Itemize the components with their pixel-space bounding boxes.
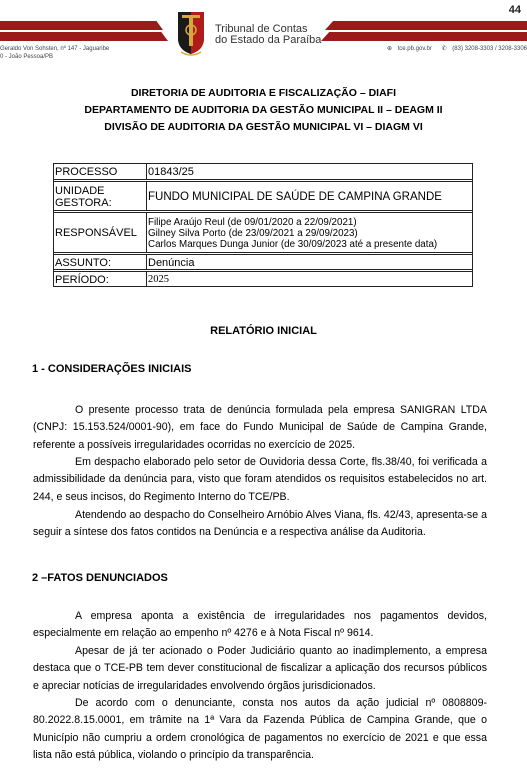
paragraph: A empresa aponta a existência de irregul… <box>33 608 487 643</box>
table-row-processo: PROCESSO 01843/25 <box>54 164 472 179</box>
table-row-responsavel: RESPONSÁVEL Filipe Araújo Reul (de 09/01… <box>54 210 472 252</box>
org-heading-diagm: DIVISÃO DE AUDITORIA DA GESTÃO MUNICIPAL… <box>0 119 527 136</box>
periodo-value: 2025 <box>147 272 472 286</box>
org-heading-diafi: DIRETORIA DE AUDITORIA E FISCALIZAÇÃO – … <box>0 85 527 102</box>
paragraph-text: Em despacho elaborado pelo setor de Ouvi… <box>33 456 487 503</box>
brand-name: Tribunal de Contas do Estado da Paraíba <box>215 24 321 46</box>
unidade-value: FUNDO MUNICIPAL DE SAÚDE DE CAMPINA GRAN… <box>147 182 472 210</box>
table-row-periodo: PERÍODO: 2025 <box>54 269 472 286</box>
responsavel-item: Gilney Silva Porto (de 23/09/2021 a 29/0… <box>148 228 470 239</box>
table-row-unidade: UNIDADE GESTORA: FUNDO MUNICIPAL DE SAÚD… <box>54 179 472 210</box>
brand-line: do Estado da Paraíba <box>215 35 321 46</box>
address-line: Geraldo Von Sohsten, nº 147 - Jaguaribe <box>0 45 109 53</box>
assunto-value: Denúncia <box>147 255 472 269</box>
paragraph-text: De acordo com o denunciante, consta nos … <box>33 697 487 761</box>
org-headings: DIRETORIA DE AUDITORIA E FISCALIZAÇÃO – … <box>0 85 527 136</box>
phone-number: (83) 3208-3303 / 3208-3306 <box>452 46 527 52</box>
responsavel-item: Filipe Araújo Reul (de 09/01/2020 a 22/0… <box>148 217 470 228</box>
paragraph: O presente processo trata de denúncia fo… <box>33 402 487 454</box>
globe-icon: ⊕ <box>387 46 392 52</box>
unidade-label-line: UNIDADE <box>55 185 105 197</box>
page-number: 44 <box>509 4 521 16</box>
header-band <box>321 32 527 41</box>
paragraph: Apesar de já ter acionado o Poder Judici… <box>33 643 487 695</box>
responsavel-list: Filipe Araújo Reul (de 09/01/2020 a 22/0… <box>147 213 472 252</box>
paragraph: Atendendo ao despacho do Conselheiro Arn… <box>33 507 487 542</box>
table-row-assunto: ASSUNTO: Denúncia <box>54 252 472 269</box>
unidade-label: UNIDADE GESTORA: <box>54 182 147 210</box>
header-band <box>325 21 527 30</box>
header-band <box>0 21 163 30</box>
paragraph-text: O presente processo trata de denúncia fo… <box>33 404 487 451</box>
address-line: 0 - João Pessoa/PB <box>0 53 53 61</box>
contact-info: ⊕ tce.pb.gov.br ✆ (83) 3208-3303 / 3208-… <box>383 45 527 52</box>
processo-value: 01843/25 <box>147 164 472 179</box>
responsavel-item: Carlos Marques Dunga Junior (de 30/09/20… <box>148 239 470 250</box>
paragraph: Em despacho elaborado pelo setor de Ouvi… <box>33 454 487 506</box>
paragraph-text: Apesar de já ter acionado o Poder Judici… <box>33 645 487 692</box>
whatsapp-icon: ✆ <box>442 46 447 52</box>
processo-label: PROCESSO <box>54 164 147 179</box>
org-heading-deagm: DEPARTAMENTO DE AUDITORIA DA GESTÃO MUNI… <box>0 102 527 119</box>
periodo-label: PERÍODO: <box>54 272 147 286</box>
responsavel-label: RESPONSÁVEL <box>54 213 147 252</box>
section-heading: 1 - CONSIDERAÇÕES INICIAIS <box>32 363 192 375</box>
assunto-label: ASSUNTO: <box>54 255 147 269</box>
paragraph: De acordo com o denunciante, consta nos … <box>33 695 487 764</box>
header-band <box>0 32 168 41</box>
section-heading: 2 –FATOS DENUNCIADOS <box>32 572 168 584</box>
tce-pb-logo-icon <box>176 8 206 58</box>
paragraph-text: Atendendo ao despacho do Conselheiro Arn… <box>33 509 487 538</box>
paragraph-text: A empresa aponta a existência de irregul… <box>33 610 487 639</box>
report-title: RELATÓRIO INICIAL <box>0 325 527 337</box>
unidade-label-line: GESTORA: <box>55 197 112 209</box>
process-info-table: PROCESSO 01843/25 UNIDADE GESTORA: FUNDO… <box>53 163 473 287</box>
website-link[interactable]: tce.pb.gov.br <box>398 46 432 52</box>
